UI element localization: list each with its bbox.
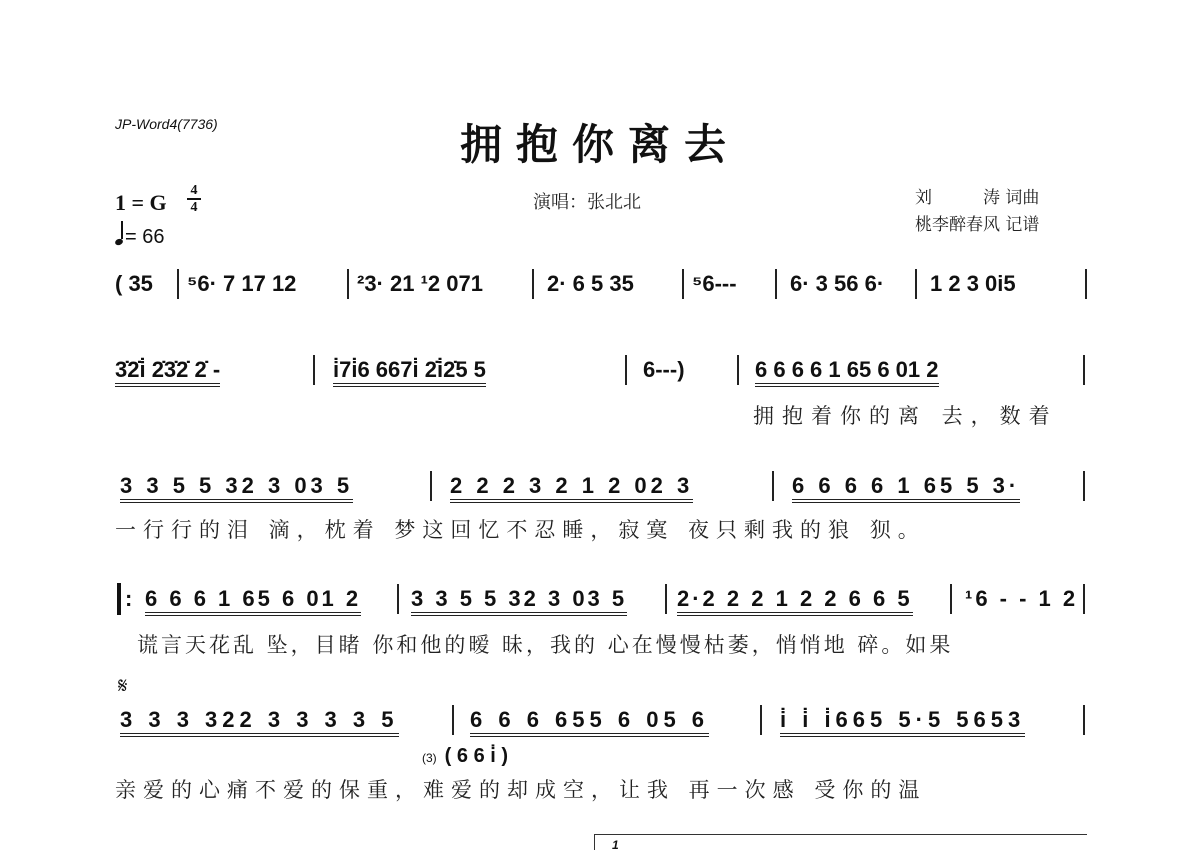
quarter-note-icon — [114, 238, 124, 246]
score-line-3: 3 3 5 5 32 3 03 5 2 2 2 3 2 1 2 02 3 6 6… — [115, 474, 1090, 514]
key-signature: 1 = G — [115, 190, 167, 216]
lyrics: 拥抱着你的离 去，数着 — [753, 400, 1058, 430]
repeat-dots: : — [125, 587, 132, 611]
barline — [1083, 584, 1085, 614]
barline — [737, 355, 739, 385]
notation-segment: 3 3 5 5 32 3 03 5 — [411, 587, 627, 616]
notation-segment: 6 6 6 1 65 6 01 2 — [145, 587, 361, 616]
barline — [682, 269, 684, 299]
notation-segment: ¹6 - - 1 2 — [965, 587, 1078, 611]
page-number: 1 — [612, 838, 619, 850]
notation-segment: 3 3 3 322 3 3 3 3 5 — [120, 708, 399, 737]
barline — [347, 269, 349, 299]
barline — [665, 584, 667, 614]
notation-segment: 6---) — [643, 358, 685, 382]
alternate-ending-notation: (3)( 6 6 i̇ ) — [422, 745, 508, 768]
barline — [625, 355, 627, 385]
notation-segment: ⁵6· 7 17 12 — [187, 272, 296, 296]
notation-segment: 6· 3 56 6· — [790, 272, 884, 296]
time-signature-bottom: 4 — [187, 201, 201, 214]
notation-segment: ²3· 21 ¹2 071 — [357, 272, 483, 296]
notation-segment: 3̇2̇i̇ 2̇3̇2̇ 2̇ - — [115, 358, 220, 387]
notation-segment: 3 3 5 5 32 3 03 5 — [120, 474, 353, 503]
barline — [430, 471, 432, 501]
time-signature: 4 4 — [187, 184, 201, 214]
barline — [915, 269, 917, 299]
barline — [1085, 269, 1087, 299]
lyrics: 谎言天花乱 坠，目睹 你和他的暧 昧，我的 心在慢慢枯萎，悄悄地 碎。如果 — [137, 629, 953, 659]
repeat-start-barline — [117, 583, 121, 615]
notation-segment: 6 6 6 6 1 65 6 01 2 — [755, 358, 939, 387]
quarter-note-stem — [121, 221, 123, 239]
notation-segment: i̇ i̇ i̇665 5·5 5653 — [780, 708, 1025, 737]
tempo-value: = 66 — [125, 226, 164, 248]
barline — [775, 269, 777, 299]
barline — [452, 705, 454, 735]
barline — [1083, 471, 1085, 501]
barline — [397, 584, 399, 614]
lyrics: 一行行的泪 滴，枕着 梦这回忆不忍睡，寂寞 夜只剩我的狼 狈。 — [115, 514, 926, 544]
score-line-4: : 6 6 6 1 65 6 01 2 3 3 5 5 32 3 03 5 2·… — [115, 587, 1090, 627]
segno-sign: 𝄋 — [118, 674, 127, 699]
time-signature-top: 4 — [187, 184, 201, 197]
lyrics: 亲爱的心痛不爱的保重，难爱的却成空，让我 再一次感 受你的温 — [115, 774, 926, 804]
barline — [950, 584, 952, 614]
alternate-ending-marker: (3) — [422, 751, 437, 765]
notation-segment: 2· 6 5 35 — [547, 272, 634, 296]
barline — [532, 269, 534, 299]
notation-segment: i̇7i̇6 667i̇ 2̇i̇2̇5 5 — [333, 358, 486, 387]
lyricist-composer-credit: 刘 涛 词曲 — [915, 183, 1039, 208]
singer-credit: 演唱：张北北 — [533, 188, 641, 214]
notation-segment: 1 2 3 0i5 — [930, 272, 1016, 296]
notation-segment: 2·2 2 2 1 2 2 6 6 5 — [677, 587, 913, 616]
notation-segment: 2 2 2 3 2 1 2 02 3 — [450, 474, 693, 503]
notation-segment: 6 6 6 6 1 65 5 3· — [792, 474, 1020, 503]
song-title: 拥抱你离去 — [0, 112, 1200, 172]
barline — [313, 355, 315, 385]
alternate-ending-notes: ( 6 6 i̇ ) — [445, 745, 508, 767]
score-line-5: 3 3 3 322 3 3 3 3 5 6 6 6 655 6 05 6 i̇ … — [115, 708, 1090, 748]
transcriber-credit: 桃李醉春风 记谱 — [915, 210, 1039, 235]
barline — [772, 471, 774, 501]
barline — [177, 269, 179, 299]
notation-segment: 6 6 6 655 6 05 6 — [470, 708, 709, 737]
barline — [1083, 705, 1085, 735]
barline — [1083, 355, 1085, 385]
score-line-1: ( 35 ⁵6· 7 17 12 ²3· 21 ¹2 071 2· 6 5 35… — [115, 272, 1090, 312]
notation-segment: ( 35 — [115, 272, 153, 296]
barline — [760, 705, 762, 735]
score-line-2: 3̇2̇i̇ 2̇3̇2̇ 2̇ - i̇7i̇6 667i̇ 2̇i̇2̇5 … — [115, 358, 1090, 398]
tempo-marking: = 66 — [115, 225, 164, 249]
page-frame — [594, 834, 1087, 850]
notation-segment: ⁵6--- — [692, 272, 737, 296]
